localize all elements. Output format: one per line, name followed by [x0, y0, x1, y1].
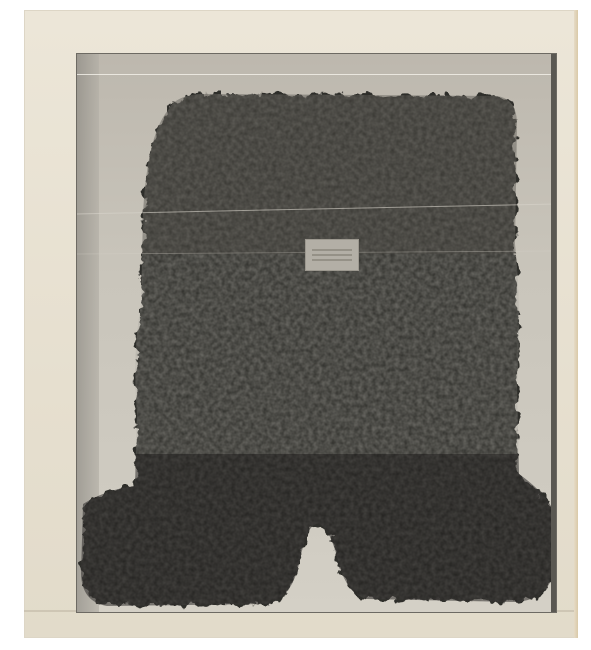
label-text-line: [312, 254, 352, 256]
card-mount: [24, 10, 578, 638]
label-text-line: [312, 259, 352, 261]
specimen-label: [305, 239, 359, 271]
photo-edge: [551, 54, 556, 612]
label-text-line: [312, 249, 352, 251]
photo-print: [77, 54, 556, 612]
fur-pelt: [77, 54, 556, 612]
